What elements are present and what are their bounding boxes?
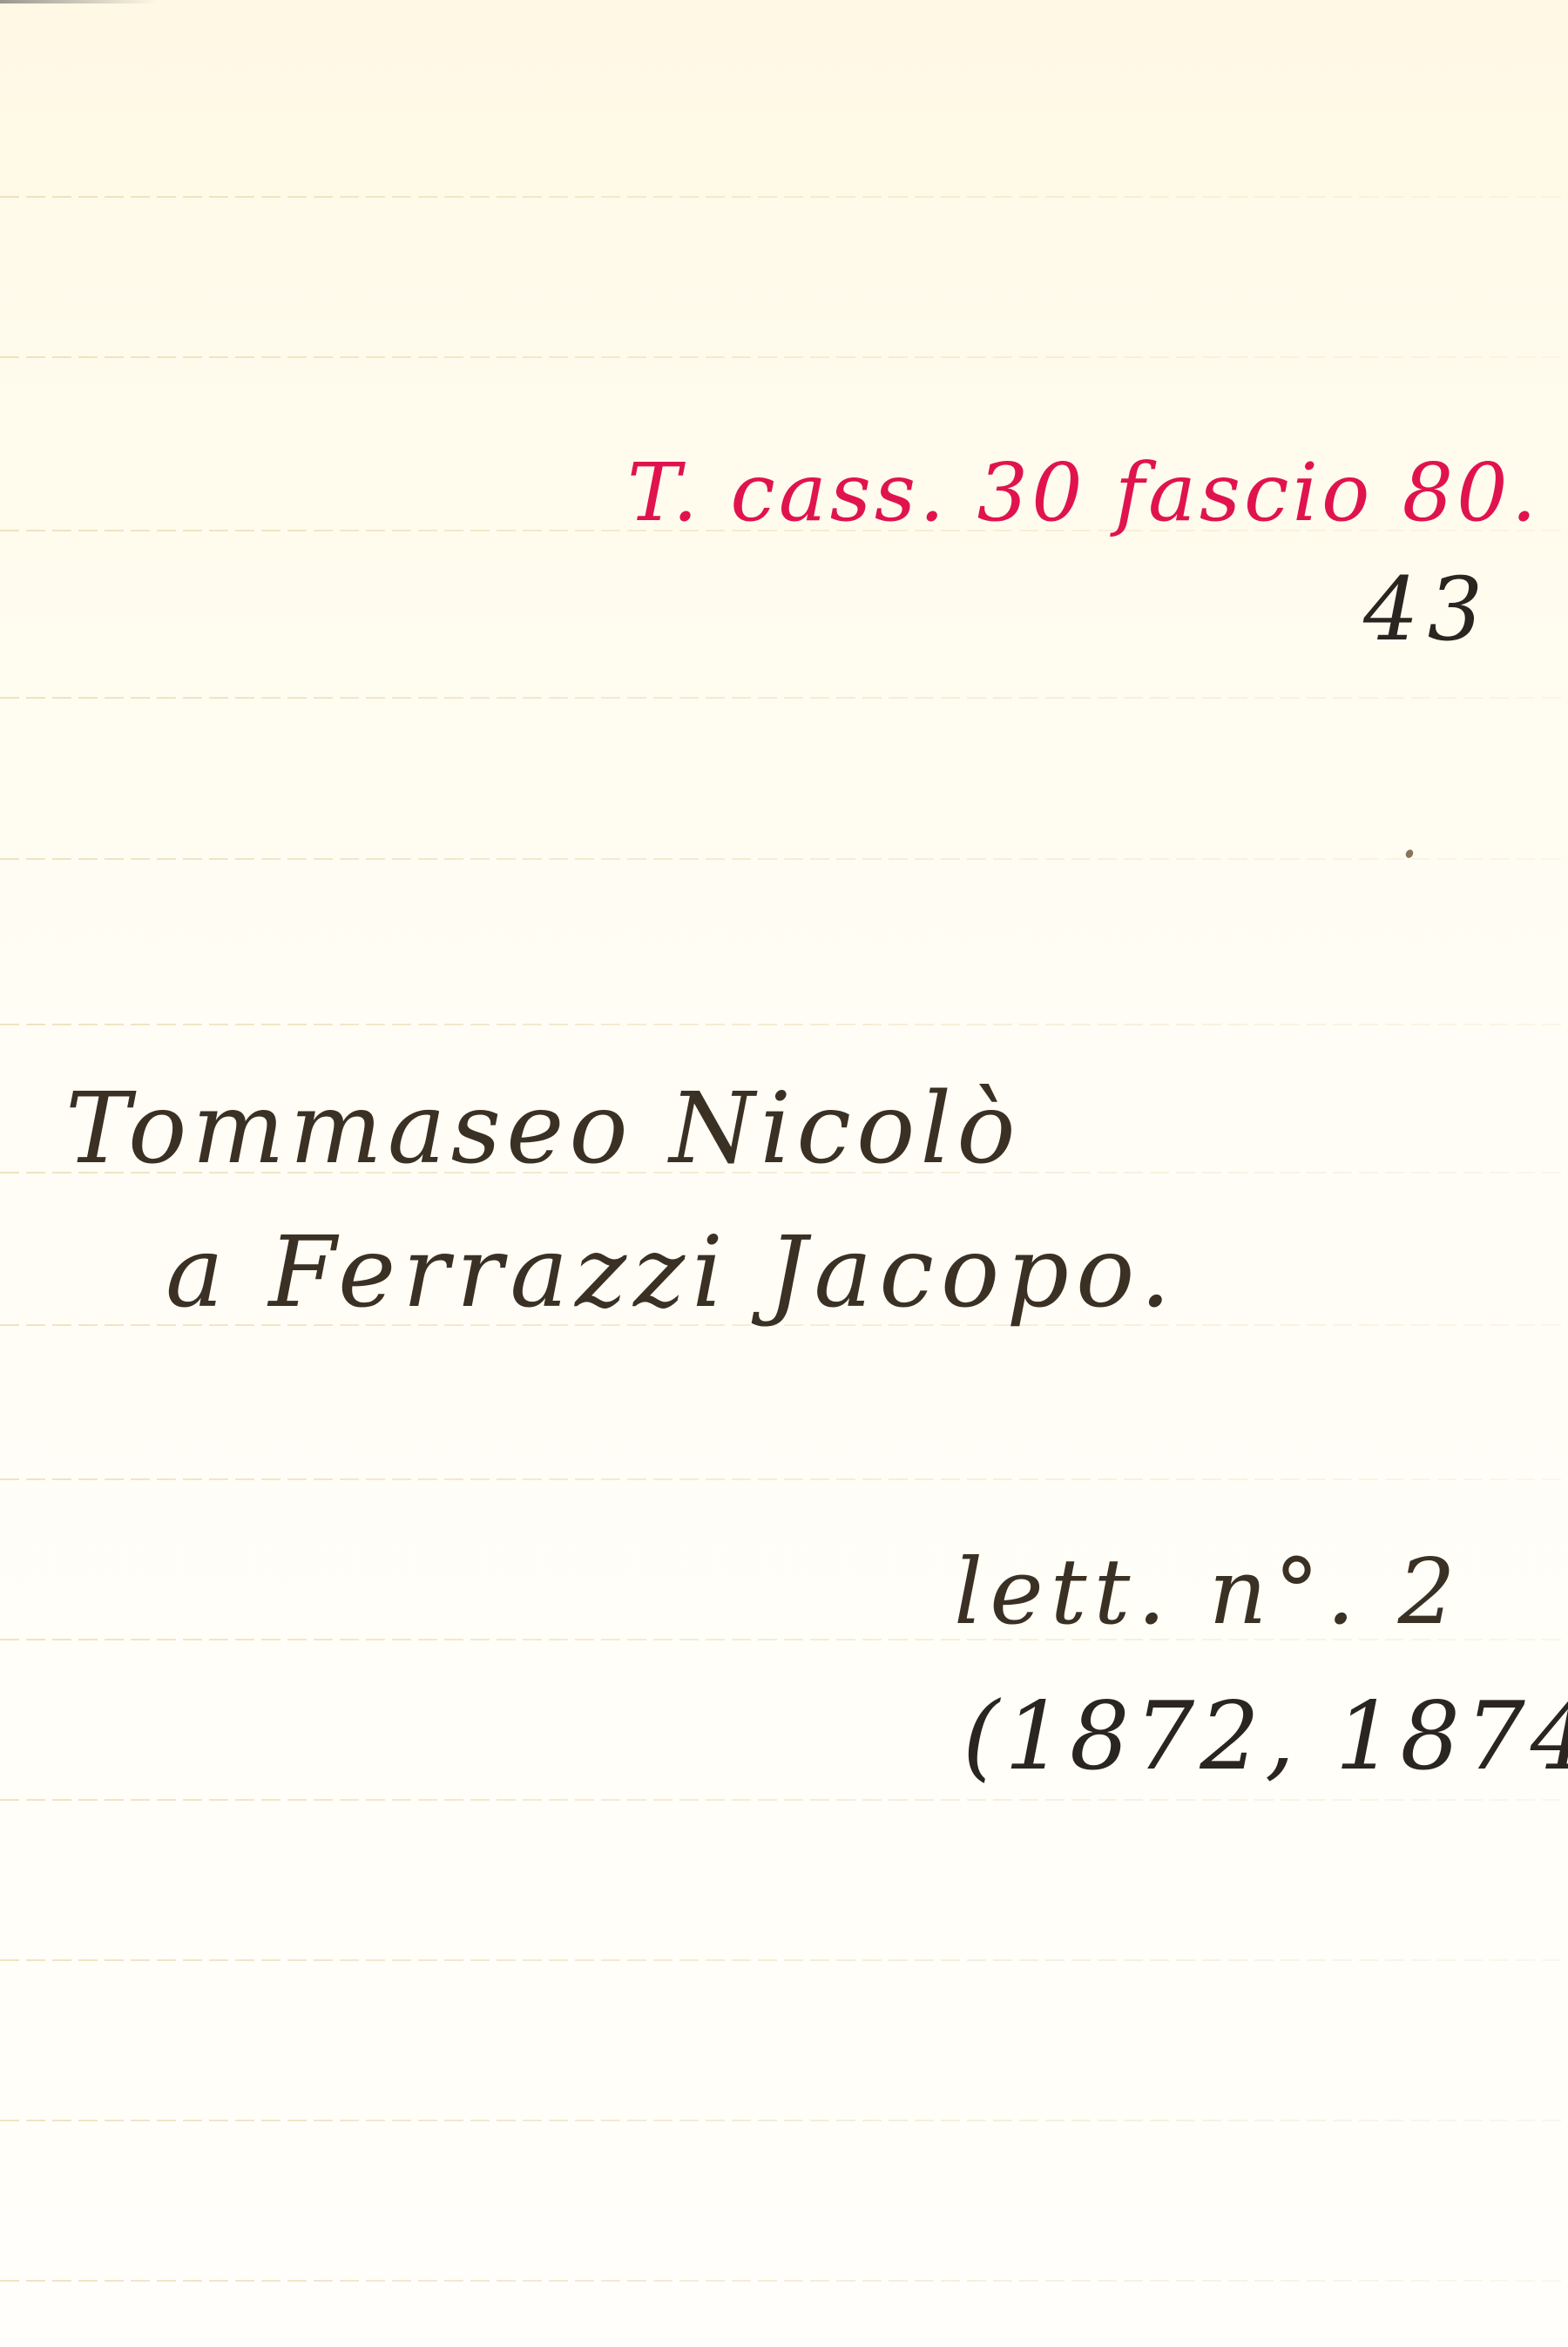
letters-count: lett. n°. 2 (954, 1546, 1463, 1637)
ruled-line (0, 2120, 1568, 2121)
ruled-line (0, 1799, 1568, 1801)
ruled-line (0, 196, 1568, 198)
author-name: Tommaseo Nicolò (65, 1080, 1021, 1178)
ruled-line (0, 858, 1568, 860)
ruled-line (0, 1959, 1568, 1961)
ruled-line (0, 1478, 1568, 1480)
ruled-line (0, 697, 1568, 699)
ruled-line (0, 2280, 1568, 2282)
location-line: T. cass. 30 fascio 80. (627, 453, 1540, 533)
date-range: (1872, 1874) (963, 1690, 1568, 1784)
ruled-line (0, 1024, 1568, 1025)
ruled-line (0, 356, 1568, 358)
location-number: 43 (1363, 566, 1491, 653)
recipient-name: a Ferrazzi Jacopo. (166, 1224, 1178, 1322)
index-card: T. cass. 30 fascio 80. 43 Tommaseo Nicol… (0, 0, 1568, 2347)
scan-edge-shadow (0, 0, 157, 3)
